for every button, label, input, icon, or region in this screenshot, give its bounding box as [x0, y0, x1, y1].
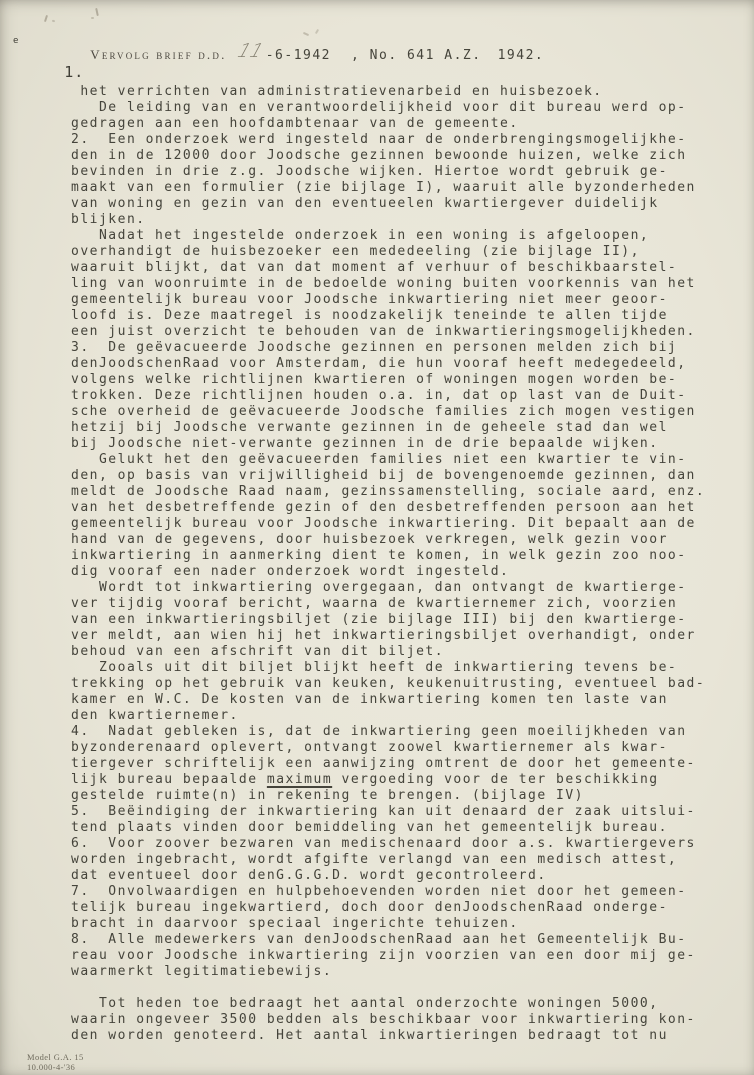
text-line: 7. Onvolwaardigen en hulpbehoevenden wor…: [71, 884, 705, 900]
text-line: 8. Alle medewerkers van denJoodschenRaad…: [71, 932, 705, 948]
text-line: waarin ongeveer 3500 bedden als beschikb…: [71, 1012, 705, 1028]
text-line: van woning en gezin van den eventueelen …: [71, 196, 705, 212]
text-line: van het desbetreffende gezin of den desb…: [71, 500, 705, 516]
text-line: dat eventueel door denG.G.G.D. wordt gec…: [71, 868, 705, 884]
text-line: waarmerkt legitimatiebewijs.: [71, 964, 705, 980]
handwritten-day: 11: [232, 40, 268, 62]
document-year: 1942.: [498, 48, 545, 63]
superscript-e: e: [13, 36, 18, 46]
pencil-mark: [52, 20, 55, 22]
text-line: 5. Beëindiging der inkwartiering kan uit…: [71, 804, 705, 820]
text-line: meldt de Joodsche Raad naam, gezinssamen…: [71, 484, 705, 500]
text-line: kamer en W.C. De kosten van de inkwartie…: [71, 692, 705, 708]
text-line: Wordt tot inkwartiering overgegaan, dan …: [71, 580, 705, 596]
document-page: 1. e Vervolg brief d.d. 11 -6-1942 , No.…: [0, 0, 754, 1075]
text-line: bracht in daarvoor speciaal ingerichte t…: [71, 916, 705, 932]
text-line: bevinden in drie z.g. Joodsche wijken. H…: [71, 164, 705, 180]
form-imprint: Model G.A. 15 10.000-4-'36: [27, 1052, 84, 1072]
text-line: sche overheid de geëvacueerde Joodsche f…: [71, 404, 705, 420]
text-line: den, op basis van vrijwilligheid bij de …: [71, 468, 705, 484]
text-line: telijk bureau ingekwartierd, doch door d…: [71, 900, 705, 916]
text-line: reau voor Joodsche inkwartiering zijn vo…: [71, 948, 705, 964]
form-print-code: 10.000-4-'36: [27, 1062, 84, 1072]
text-line: byzonderenaard oplevert, ontvangt zoowel…: [71, 740, 705, 756]
text-line: Nadat het ingestelde onderzoek in een wo…: [71, 228, 705, 244]
text-line: lijk bureau bepaalde maximum vergoeding …: [71, 772, 705, 788]
body-lines: het verrichten van administratievenarbei…: [71, 84, 705, 1044]
text-line: den worden genoteerd. Het aantal inkwart…: [71, 1028, 705, 1044]
underlined-word: maximum: [267, 772, 332, 787]
text-line: het verrichten van administratievenarbei…: [71, 84, 705, 100]
form-model-number: Model G.A. 15: [27, 1052, 84, 1062]
text-line: loofd is. Deze maatregel is noodzakelijk…: [71, 308, 705, 324]
pencil-mark: [95, 8, 99, 16]
pencil-mark: [44, 15, 48, 22]
text-line: behoud van een afschrift van dit biljet.: [71, 644, 705, 660]
text-line: maakt van een formulier (zie bijlage I),…: [71, 180, 705, 196]
text-line: blijken.: [71, 212, 705, 228]
text-line: gestelde ruimte(n) in rekening te brenge…: [71, 788, 705, 804]
text-line: trekking op het gebruik van keuken, keuk…: [71, 676, 705, 692]
text-line: Gelukt het den geëvacueerden families ni…: [71, 452, 705, 468]
text-line: den in de 12000 door Joodsche gezinnen b…: [71, 148, 705, 164]
text-line: 2. Een onderzoek werd ingesteld naar de …: [71, 132, 705, 148]
form-label: Vervolg brief d.d.: [90, 47, 226, 63]
text-line: hetzij bij Joodsche verwante gezinnen in…: [71, 420, 705, 436]
text-line: 6. Voor zoover bezwaren van medischenaar…: [71, 836, 705, 852]
text-line: gemeentelijk bureau voor Joodsche inkwar…: [71, 516, 705, 532]
text-line: gemeentelijk bureau voor Joodsche inkwar…: [71, 292, 705, 308]
text-line: Tot heden toe bedraagt het aantal onderz…: [71, 996, 705, 1012]
text-line: waaruit blijkt, dat van dat moment af ve…: [71, 260, 705, 276]
text-line: van een inkwartieringsbiljet (zie bijlag…: [71, 612, 705, 628]
text-line: een juist overzicht te behouden van de i…: [71, 324, 705, 340]
pencil-mark: [315, 29, 319, 34]
text-line: hand van de gegevens, door huisbezoek ve…: [71, 532, 705, 548]
text-line: tend plaats vinden door bemiddeling van …: [71, 820, 705, 836]
pencil-mark: [91, 17, 94, 19]
text-line: bij Joodsche niet-verwante gezinnen in d…: [71, 436, 705, 452]
text-line: [71, 980, 705, 996]
text-line: gedragen aan een hoofdambtenaar van de g…: [71, 116, 705, 132]
text-line: tiergever schriftelijk een aanwijzing om…: [71, 756, 705, 772]
text-line: trokken. Deze richtlijnen houden o.a. in…: [71, 388, 705, 404]
text-line: worden ingebracht, wordt afgifte verlang…: [71, 852, 705, 868]
text-line: denJoodschenRaad voor Amsterdam, die hun…: [71, 356, 705, 372]
text-line: ver meldt, aan wien hij het inkwartierin…: [71, 628, 705, 644]
text-line: Zooals uit dit biljet blijkt heeft de in…: [71, 660, 705, 676]
text-line: inkwartiering in aanmerking dient te kom…: [71, 548, 705, 564]
text-line: dig vooraf een nader onderzoek wordt ing…: [71, 564, 705, 580]
text-line: ver tijdig vooraf bericht, waarna de kwa…: [71, 596, 705, 612]
text-line: volgens welke richtlijnen kwartieren of …: [71, 372, 705, 388]
text-line: den kwartiernemer.: [71, 708, 705, 724]
text-line: overhandigt de huisbezoeker een mededeel…: [71, 244, 705, 260]
text-line: De leiding van en verantwoordelijkheid v…: [71, 100, 705, 116]
text-line: 3. De geëvacueerde Joodsche gezinnen en …: [71, 340, 705, 356]
text-line: 4. Nadat gebleken is, dat de inkwartieri…: [71, 724, 705, 740]
typed-date: -6-1942: [266, 48, 331, 63]
pencil-mark: [303, 32, 309, 36]
text-line: ling van woonruimte in de bedoelde wonin…: [71, 276, 705, 292]
document-reference: , No. 641 A.Z.: [351, 48, 482, 63]
